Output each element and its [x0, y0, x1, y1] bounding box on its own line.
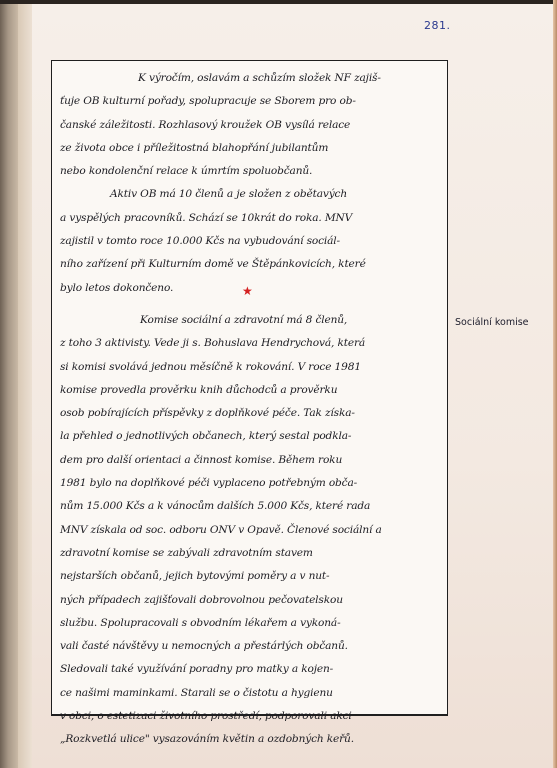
text-line: „Rozkvetlá ulice" vysazováním květin a o… — [60, 728, 440, 751]
text-line: 1981 bylo na doplňkové péči vyplaceno po… — [60, 472, 440, 495]
page-top-edge — [0, 0, 557, 4]
text-line: ných případech zajišťovali dobrovolnou p… — [60, 589, 440, 612]
text-line: vali časté návštěvy u nemocných a přestá… — [60, 635, 440, 658]
text-line: z toho 3 aktivisty. Vede ji s. Bohuslava… — [60, 332, 440, 355]
text-line: ního zařízení při Kulturním domě ve Štěp… — [60, 253, 440, 276]
text-line: la přehled o jednotlivých občanech, kter… — [60, 425, 440, 448]
text-line: v obci, o estetizaci životního prostředí… — [60, 705, 440, 728]
text-line: nejstarších občanů, jejich bytovými pomě… — [60, 565, 440, 588]
paragraph-social-commission: Komise sociální a zdravotní má 8 členů, … — [60, 309, 440, 752]
text-line: ce našimi maminkami. Starali se o čistot… — [60, 682, 440, 705]
text-line: a vyspělých pracovníků. Schází se 10krát… — [60, 207, 440, 230]
margin-note-social-commission: Sociální komise — [455, 317, 529, 328]
text-frame: K výročím, oslavám a schůzím složek NF z… — [51, 60, 448, 716]
text-line: si komisi svolává jednou měsíčně k rokov… — [60, 356, 440, 379]
text-line: nům 15.000 Kčs a k vánocům dalších 5.000… — [60, 495, 440, 518]
paragraph-cultural-events: K výročím, oslavám a schůzím složek NF z… — [60, 67, 440, 300]
page-gutter — [18, 0, 32, 768]
text-line: službu. Spolupracovali s obvodním lékaře… — [60, 612, 440, 635]
text-line: Sledovali také využívání poradny pro mat… — [60, 658, 440, 681]
text-line: dem pro další orientaci a činnost komise… — [60, 449, 440, 472]
text-line: komise provedla prověrku knih důchodců a… — [60, 379, 440, 402]
book-binding — [0, 0, 18, 768]
text-line: zajistil v tomto roce 10.000 Kčs na vybu… — [60, 230, 440, 253]
text-line: Komise sociální a zdravotní má 8 členů, — [60, 309, 440, 332]
text-line: MNV získala od soc. odboru ONV v Opavě. … — [60, 519, 440, 542]
page-right-edge — [553, 0, 557, 768]
red-star-separator-icon: ★ — [242, 284, 253, 298]
text-line: ťuje OB kulturní pořady, spolupracuje se… — [60, 90, 440, 113]
text-line: nebo kondolenční relace k úmrtím spoluob… — [60, 160, 440, 183]
text-line: čanské záležitosti. Rozhlasový kroužek O… — [60, 114, 440, 137]
text-line: osob pobírajících příspěvky z doplňkové … — [60, 402, 440, 425]
page-number: 281. — [424, 19, 451, 32]
text-line: Aktiv OB má 10 členů a je složen z oběta… — [60, 183, 440, 206]
text-line: zdravotní komise se zabývali zdravotním … — [60, 542, 440, 565]
text-line: ze života obce i příležitostná blahopřán… — [60, 137, 440, 160]
text-line: K výročím, oslavám a schůzím složek NF z… — [60, 67, 440, 90]
